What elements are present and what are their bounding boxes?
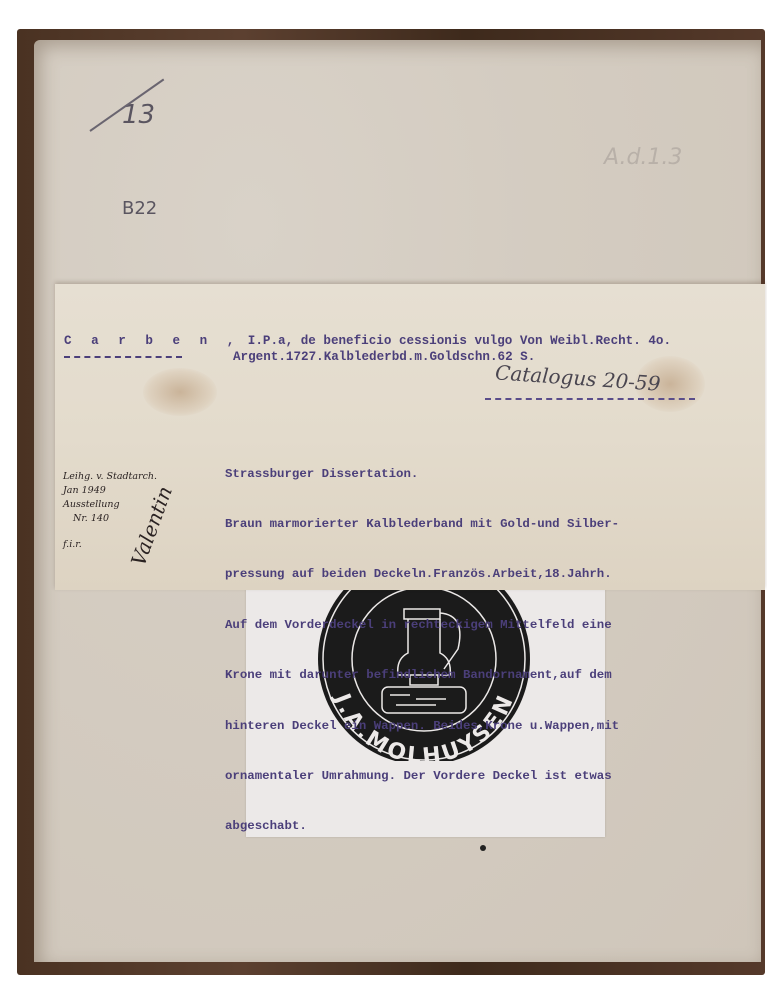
description-line: abgeschabt. [225, 818, 619, 835]
description-block: Strassburger Dissertation. Braun marmori… [225, 432, 619, 869]
title-line-1: I.P.a, de beneficio cessionis vulgo Von … [240, 334, 671, 348]
title-line-2: Argent.1727.Kalblederbd.m.Goldschn.62 S. [233, 349, 535, 366]
description-line: Braun marmorierter Kalblederband mit Gol… [225, 516, 619, 533]
description-line: Auf dem Vorderdeckel in rechteckigem Mit… [225, 617, 619, 634]
glue-stain-left [143, 368, 217, 416]
description-line: hinteren Deckel ein Wappen. Beides,Krone… [225, 718, 619, 735]
catalog-note-underline [485, 398, 695, 400]
note-line: Leihg. v. Stadtarch. [63, 470, 163, 484]
description-line: Krone mit darunter befindlichem Bandorna… [225, 667, 619, 684]
author-underline [64, 356, 182, 358]
pencil-code: B22 [122, 198, 157, 219]
description-line: ornamentaler Umrahmung. Der Vordere Deck… [225, 768, 619, 785]
catalog-note-handwritten: Catalogus 20-59 [494, 360, 661, 395]
entry-line-1: C a r b e n , I.P.a, de beneficio cessio… [64, 333, 671, 350]
author-name: C a r b e n , [64, 334, 240, 348]
catalog-slip: C a r b e n , I.P.a, de beneficio cessio… [55, 284, 765, 590]
description-line: pressung auf beiden Deckeln.Französ.Arbe… [225, 566, 619, 583]
pencil-faint-mark: A.d.1.3 [604, 145, 682, 170]
description-line: Strassburger Dissertation. [225, 466, 619, 483]
